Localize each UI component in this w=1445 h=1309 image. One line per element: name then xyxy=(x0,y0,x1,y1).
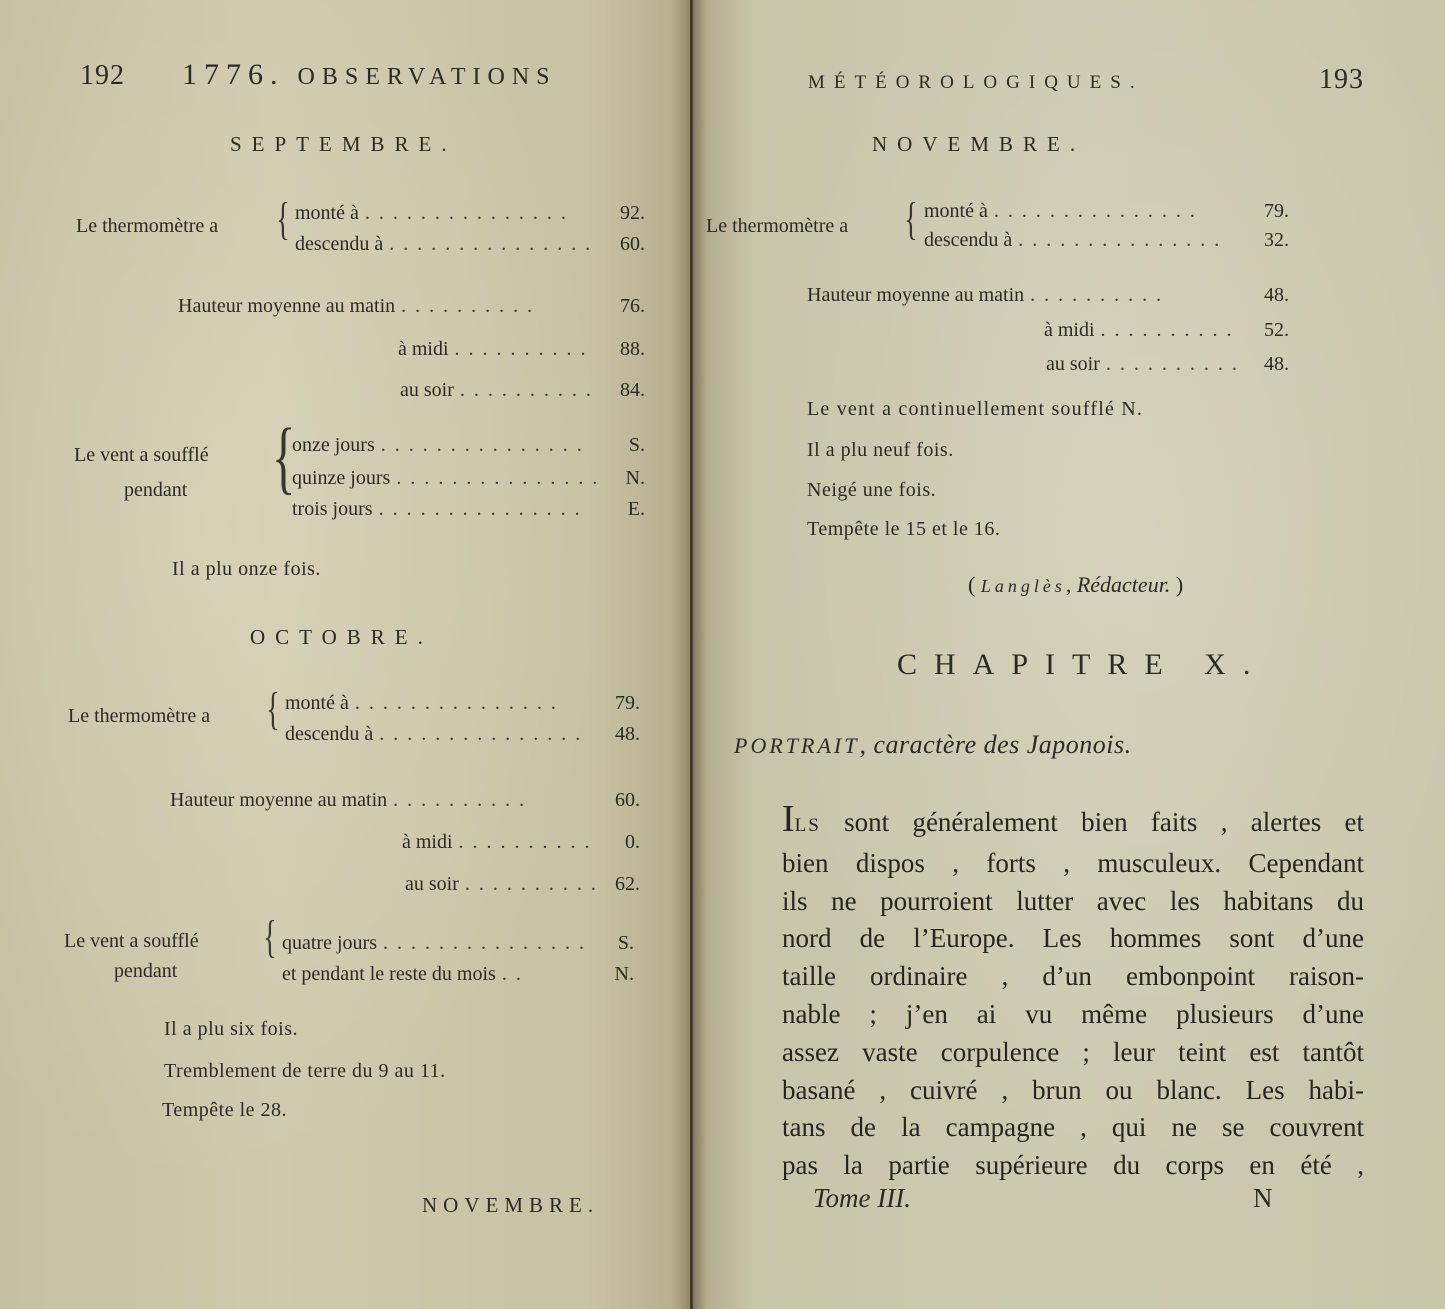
row-value: 32. xyxy=(1261,229,1289,252)
note: Tempête le 28. xyxy=(162,1099,287,1122)
paren-close: ) xyxy=(1176,572,1183,597)
month-heading-octobre: OCTOBRE. xyxy=(250,625,433,650)
row-label: au soir xyxy=(400,379,454,402)
line-text: sont généralement bien faits , alertes e… xyxy=(821,807,1364,837)
row-label: Hauteur moyenne au matin xyxy=(807,284,1024,307)
leader-dots: .......... xyxy=(455,338,611,361)
row-value: N. xyxy=(617,467,645,490)
thermometre-rows: monté à ............... 92. descendu à .… xyxy=(295,202,645,256)
row-label: monté à xyxy=(285,692,349,715)
first-word-smallcaps: LS xyxy=(795,815,821,836)
vent-label-2: pendant xyxy=(124,479,187,502)
data-row: à midi .......... 52. xyxy=(1044,319,1289,342)
editor-role: , Rédacteur. xyxy=(1066,572,1170,597)
data-row: au soir .......... 84. xyxy=(400,379,645,402)
data-row: descendu à ............... 32. xyxy=(924,229,1289,252)
vent-rows: quatre jours ............... S. et penda… xyxy=(282,932,634,986)
leader-dots: .. xyxy=(502,963,600,986)
data-row: Hauteur moyenne au matin .......... 60. xyxy=(170,789,640,812)
data-row: à midi .......... 88. xyxy=(398,338,645,361)
row-label: Hauteur moyenne au matin xyxy=(178,295,395,318)
left-folio: 192 xyxy=(80,60,125,92)
data-row: descendu à ............... 60. xyxy=(295,233,645,256)
body-line: assez vaste corpulence ; leur teint est … xyxy=(782,1034,1364,1072)
leader-dots: .......... xyxy=(1101,319,1255,342)
row-label: quinze jours xyxy=(292,467,390,490)
drop-cap: I xyxy=(782,798,795,840)
row-label: et pendant le reste du mois xyxy=(282,963,496,986)
brace-icon: { xyxy=(259,914,281,960)
vent-label-1: Le vent a soufflé xyxy=(64,930,199,953)
left-page: 192 1776. OBSERVATIONS SEPTEMBRE. Le the… xyxy=(0,0,692,1309)
vent-rows: onze jours ............... S. quinze jou… xyxy=(292,434,645,521)
data-row: monté à ............... 92. xyxy=(295,202,645,225)
editor-name: Langlès xyxy=(981,576,1066,596)
note: Le vent a continuellement soufflé N. xyxy=(807,398,1143,421)
hauteur-soir-row: au soir .......... 84. xyxy=(400,379,645,402)
body-line: bien dispos , forts , musculeux. Cependa… xyxy=(782,845,1364,883)
leader-dots: ............... xyxy=(994,200,1255,223)
row-value: 88. xyxy=(617,338,645,361)
leader-dots: ............... xyxy=(389,233,611,256)
hauteur-rows: Hauteur moyenne au matin .......... 76. xyxy=(178,295,645,318)
row-label: à midi xyxy=(398,338,449,361)
note: Il a plu onze fois. xyxy=(172,558,321,581)
catchword: NOVEMBRE. xyxy=(422,1193,599,1218)
note: Il a plu six fois. xyxy=(164,1018,298,1041)
editor-signature: ( Langlès, Rédacteur. ) xyxy=(968,572,1183,598)
hauteur-soir-row: au soir .......... 48. xyxy=(1046,353,1289,376)
data-row: trois jours ............... E. xyxy=(292,498,645,521)
row-label: au soir xyxy=(1046,353,1100,376)
right-running-head: MÉTÉOROLOGIQUES. xyxy=(808,72,1144,94)
leader-dots: ............... xyxy=(383,932,600,955)
hauteur-soir-row: au soir .......... 62. xyxy=(405,873,640,896)
leader-dots: .......... xyxy=(465,873,606,896)
note: Tremblement de terre du 9 au 11. xyxy=(164,1060,446,1083)
brace-icon: { xyxy=(262,686,284,732)
row-value: S. xyxy=(617,434,645,457)
thermometre-label: Le thermomètre a xyxy=(76,215,218,238)
body-line: basané , cuivré , brun ou blanc. Les hab… xyxy=(782,1072,1364,1110)
vent-label-1: Le vent a soufflé xyxy=(74,444,209,467)
row-label: descendu à xyxy=(924,229,1012,252)
body-line: pas la partie supérieure du corps en été… xyxy=(782,1147,1364,1185)
leader-dots: .......... xyxy=(460,379,611,402)
subtitle-smallcaps: Portrait xyxy=(734,733,859,758)
data-row: au soir .......... 48. xyxy=(1046,353,1289,376)
note: Neigé une fois. xyxy=(807,479,936,502)
row-label: monté à xyxy=(295,202,359,225)
data-row: monté à ............... 79. xyxy=(924,200,1289,223)
body-line: tans de la campagne , qui ne se couvrent xyxy=(782,1109,1364,1147)
body-line: nable ; j’en ai vu même plusieurs d’une xyxy=(782,996,1364,1034)
row-label: à midi xyxy=(1044,319,1095,342)
right-folio: 193 xyxy=(1319,64,1364,96)
row-label: à midi xyxy=(402,831,453,854)
row-value: 76. xyxy=(617,295,645,318)
data-row: onze jours ............... S. xyxy=(292,434,645,457)
hauteur-midi-row: à midi .......... 88. xyxy=(398,338,645,361)
leader-dots: ............... xyxy=(381,434,611,457)
running-head-year: 1776. xyxy=(182,58,285,91)
data-row: à midi .......... 0. xyxy=(402,831,640,854)
hauteur-midi-row: à midi .......... 52. xyxy=(1044,319,1289,342)
paren-open: ( xyxy=(968,572,975,597)
row-label: onze jours xyxy=(292,434,375,457)
data-row: monté à ............... 79. xyxy=(285,692,640,715)
leader-dots: ............... xyxy=(365,202,611,225)
thermometre-label: Le thermomètre a xyxy=(68,705,210,728)
row-value: 92. xyxy=(617,202,645,225)
leader-dots: .......... xyxy=(401,295,611,318)
row-value: 48. xyxy=(612,723,640,746)
leader-dots: .......... xyxy=(1106,353,1255,376)
data-row: et pendant le reste du mois .. N. xyxy=(282,963,634,986)
row-value: 60. xyxy=(617,233,645,256)
data-row: quinze jours ............... N. xyxy=(292,467,645,490)
hauteur-midi-row: à midi .......... 0. xyxy=(402,831,640,854)
row-value: 60. xyxy=(612,789,640,812)
body-line: ils ne pourroient lutter avec les habita… xyxy=(782,883,1364,921)
left-running-head: 1776. OBSERVATIONS xyxy=(182,58,557,92)
row-value: 48. xyxy=(1261,353,1289,376)
note: Il a plu neuf fois. xyxy=(807,439,954,462)
leader-dots: ............... xyxy=(396,467,611,490)
row-value: 0. xyxy=(612,831,640,854)
month-heading-novembre: NOVEMBRE. xyxy=(872,132,1085,157)
body-line: taille ordinaire , d’un embonpoint raiso… xyxy=(782,958,1364,996)
data-row: au soir .......... 62. xyxy=(405,873,640,896)
row-label: descendu à xyxy=(295,233,383,256)
body-line: ILS sont généralement bien faits , alert… xyxy=(782,800,1364,845)
vent-label-2: pendant xyxy=(114,960,177,983)
data-row: descendu à ............... 48. xyxy=(285,723,640,746)
leader-dots: .......... xyxy=(1030,284,1255,307)
leader-dots: ............... xyxy=(379,498,611,521)
month-heading-septembre: SEPTEMBRE. xyxy=(230,132,457,157)
row-label: quatre jours xyxy=(282,932,377,955)
running-head-word: OBSERVATIONS xyxy=(298,64,557,90)
leader-dots: .......... xyxy=(459,831,606,854)
row-value: N. xyxy=(606,963,634,986)
note: Tempête le 15 et le 16. xyxy=(807,518,1000,541)
row-label: descendu à xyxy=(285,723,373,746)
row-label: trois jours xyxy=(292,498,373,521)
row-value: 79. xyxy=(612,692,640,715)
thermometre-rows: monté à ............... 79. descendu à .… xyxy=(285,692,640,746)
row-label: monté à xyxy=(924,200,988,223)
data-row: Hauteur moyenne au matin .......... 76. xyxy=(178,295,645,318)
leader-dots: ............... xyxy=(355,692,606,715)
thermometre-label: Le thermomètre a xyxy=(706,215,848,238)
row-label: au soir xyxy=(405,873,459,896)
chapter-body: ILS sont généralement bien faits , alert… xyxy=(782,800,1364,1185)
row-value: 62. xyxy=(612,873,640,896)
hauteur-rows: Hauteur moyenne au matin .......... 48. xyxy=(807,284,1289,307)
row-value: E. xyxy=(617,498,645,521)
row-value: 79. xyxy=(1261,200,1289,223)
brace-icon: { xyxy=(272,196,294,242)
leader-dots: ............... xyxy=(1018,229,1255,252)
leader-dots: .......... xyxy=(393,789,606,812)
row-label: Hauteur moyenne au matin xyxy=(170,789,387,812)
chapter-title: CHAPITRE X. xyxy=(897,648,1267,682)
subtitle-rest: , caractère des Japonois. xyxy=(859,730,1131,759)
row-value: 84. xyxy=(617,379,645,402)
data-row: quatre jours ............... S. xyxy=(282,932,634,955)
leader-dots: ............... xyxy=(379,723,606,746)
thermometre-rows: monté à ............... 79. descendu à .… xyxy=(924,200,1289,252)
signature-mark: N xyxy=(1253,1183,1273,1214)
row-value: 52. xyxy=(1261,319,1289,342)
volume-footer: Tome III. xyxy=(813,1183,911,1214)
body-line: nord de l’Europe. Les hommes sont d’une xyxy=(782,920,1364,958)
book-gutter xyxy=(690,0,693,1309)
brace-icon: { xyxy=(900,196,922,242)
row-value: 48. xyxy=(1261,284,1289,307)
data-row: Hauteur moyenne au matin .......... 48. xyxy=(807,284,1289,307)
chapter-subtitle: Portrait, caractère des Japonois. xyxy=(734,730,1132,760)
row-value: S. xyxy=(606,932,634,955)
hauteur-rows: Hauteur moyenne au matin .......... 60. xyxy=(170,789,640,812)
